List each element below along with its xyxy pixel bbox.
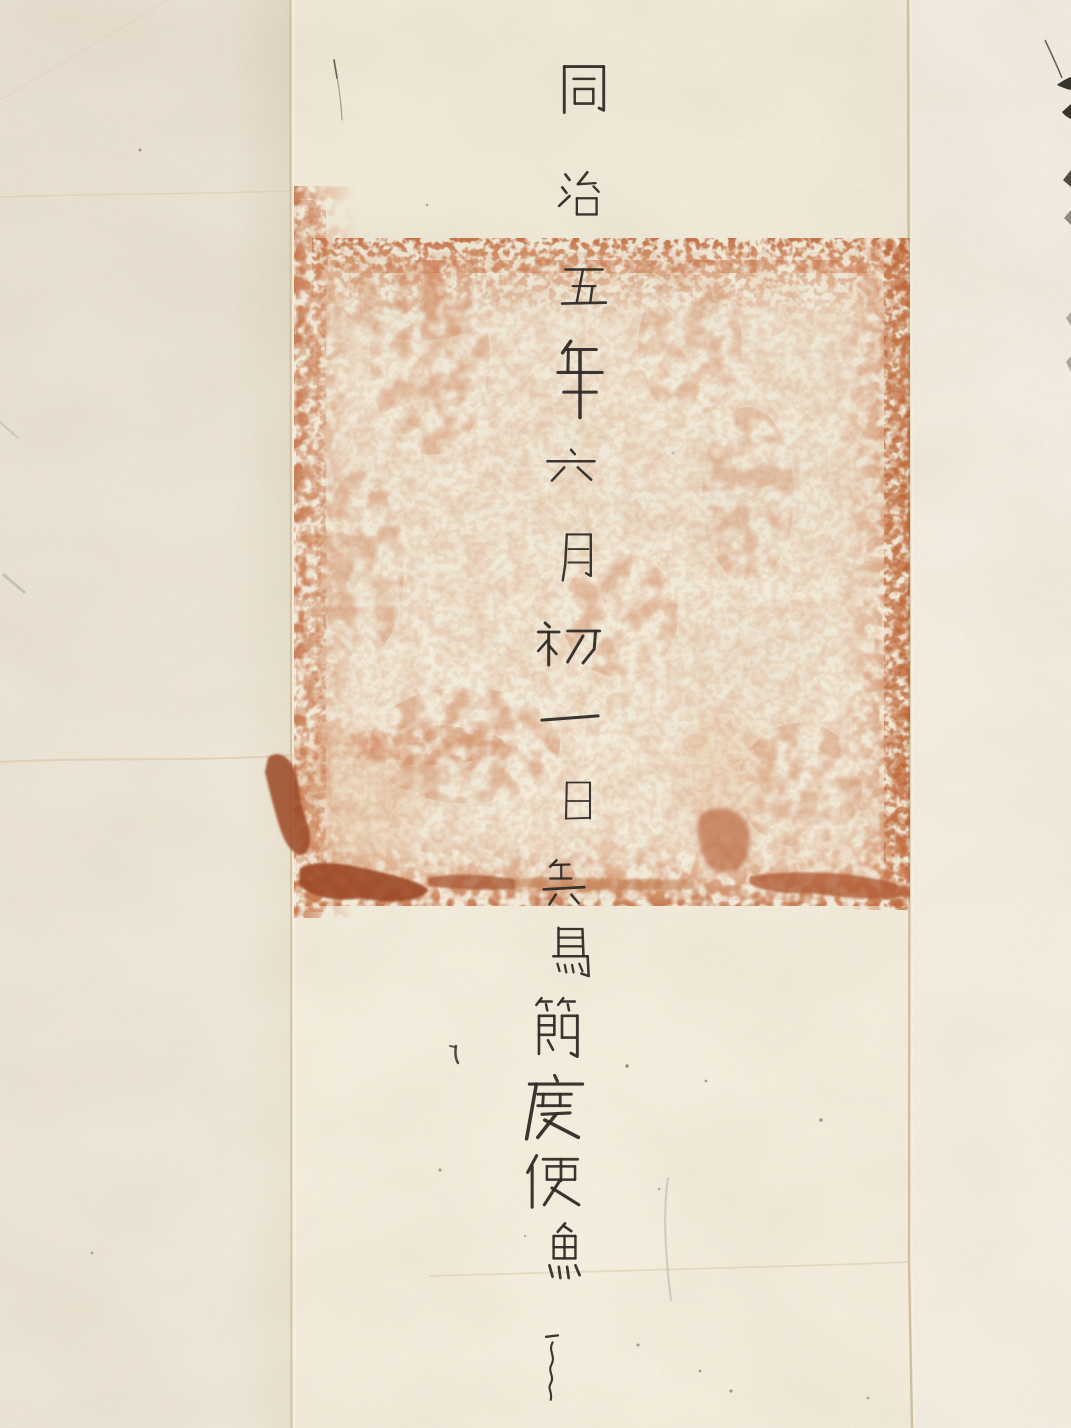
ink-stroke <box>568 1004 569 1010</box>
seal-border-top-line <box>330 260 906 273</box>
seal-band-top <box>312 238 908 318</box>
seal-impression <box>265 186 910 918</box>
ink-stroke <box>543 1094 544 1106</box>
ink-stroke <box>565 965 567 972</box>
ink-stroke <box>566 818 590 819</box>
ink-stroke <box>559 1267 561 1278</box>
ink-stroke <box>578 183 596 184</box>
manuscript-photo <box>0 0 1071 1428</box>
ink-stroke <box>562 303 606 304</box>
ink-stroke <box>567 1267 569 1278</box>
ink-stroke <box>582 929 583 956</box>
ink-stroke <box>546 1335 558 1336</box>
fold-line-left <box>291 0 292 1428</box>
ink-stroke <box>546 1004 547 1010</box>
manuscript-canvas <box>0 0 1071 1428</box>
ink-stroke <box>568 349 569 372</box>
ink-stroke <box>572 965 574 972</box>
seal-band-right-fine <box>884 244 910 908</box>
ink-tick-serif <box>450 1046 455 1047</box>
